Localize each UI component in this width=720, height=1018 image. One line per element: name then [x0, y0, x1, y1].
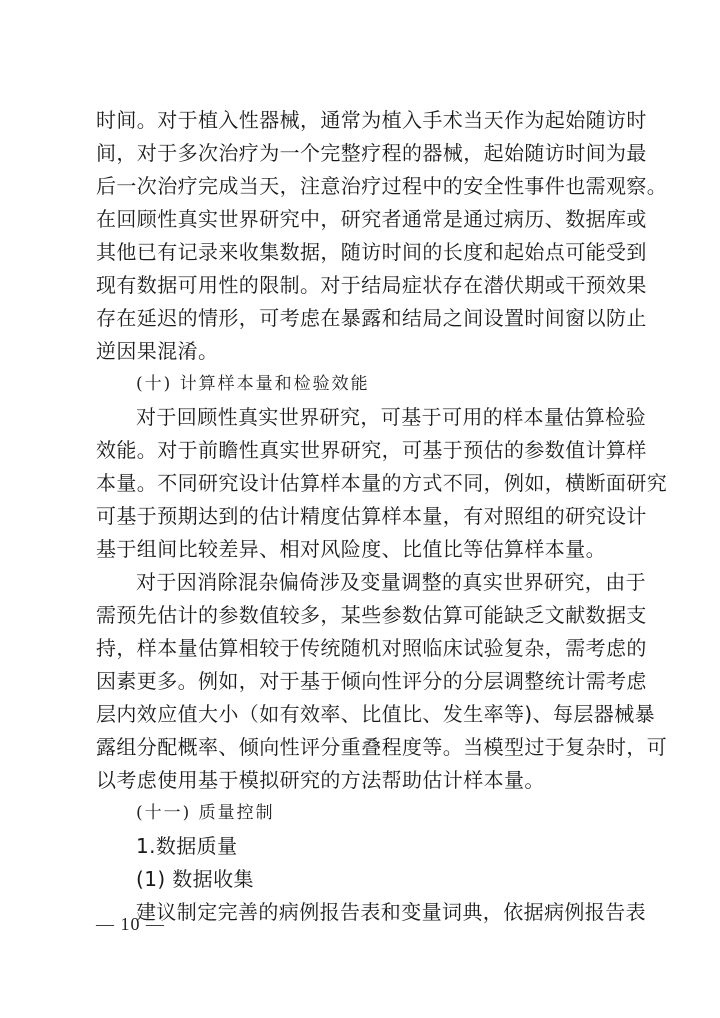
body-line: 对于回顾性真实世界研究，可基于可用的样本量估算检验	[136, 401, 646, 433]
body-line: 需预先估计的参数值较多，某些参数估算可能缺乏文献数据支	[96, 599, 647, 631]
body-line: 露组分配概率、倾向性评分重叠程度等。当模型过于复杂时，可	[96, 731, 667, 763]
section-heading-quality-control: (十一) 质量控制	[136, 797, 275, 829]
section-heading-sample-size: (十) 计算样本量和检验效能	[136, 368, 370, 400]
body-line: 其他已有记录来收集数据，随访时间的长度和起始点可能受到	[96, 236, 647, 268]
body-line: 间，对于多次治疗为一个完整疗程的器械，起始随访时间为最	[96, 137, 647, 169]
body-line: 逆因果混淆。	[96, 335, 218, 367]
body-line: 基于组间比较差异、相对风险度、比值比等估算样本量。	[96, 533, 606, 565]
body-line: 后一次治疗完成当天，注意治疗过程中的安全性事件也需观察。	[96, 170, 667, 202]
subheading-data-quality: 1.数据质量	[136, 830, 237, 862]
body-line: 效能。对于前瞻性真实世界研究，可基于预估的参数值计算样	[96, 434, 647, 466]
body-line: 时间。对于植入性器械，通常为植入手术当天作为起始随访时	[96, 104, 647, 136]
subheading-data-collection: (1) 数据收集	[136, 863, 254, 895]
body-line: 现有数据可用性的限制。对于结局症状存在潜伏期或干预效果	[96, 269, 647, 301]
body-line: 持，样本量估算相较于传统随机对照临床试验复杂，需考虑的	[96, 632, 647, 664]
body-line: 以考虑使用基于模拟研究的方法帮助估计样本量。	[96, 764, 545, 796]
body-line: 层内效应值大小（如有效率、比值比、发生率等)、每层器械暴	[96, 698, 655, 730]
body-line: 建议制定完善的病例报告表和变量词典，依据病例报告表	[136, 896, 646, 928]
body-line: 本量。不同研究设计估算样本量的方式不同，例如，横断面研究	[96, 467, 667, 499]
body-line: 可基于预期达到的估计精度估算样本量，有对照组的研究设计	[96, 500, 647, 532]
page-number: — 10 —	[96, 914, 165, 935]
body-line: 存在延迟的情形，可考虑在暴露和结局之间设置时间窗以防止	[96, 302, 647, 334]
body-line: 对于因消除混杂偏倚涉及变量调整的真实世界研究，由于	[136, 566, 646, 598]
body-line: 在回顾性真实世界研究中，研究者通常是通过病历、数据库或	[96, 203, 647, 235]
body-line: 因素更多。例如，对于基于倾向性评分的分层调整统计需考虑	[96, 665, 647, 697]
